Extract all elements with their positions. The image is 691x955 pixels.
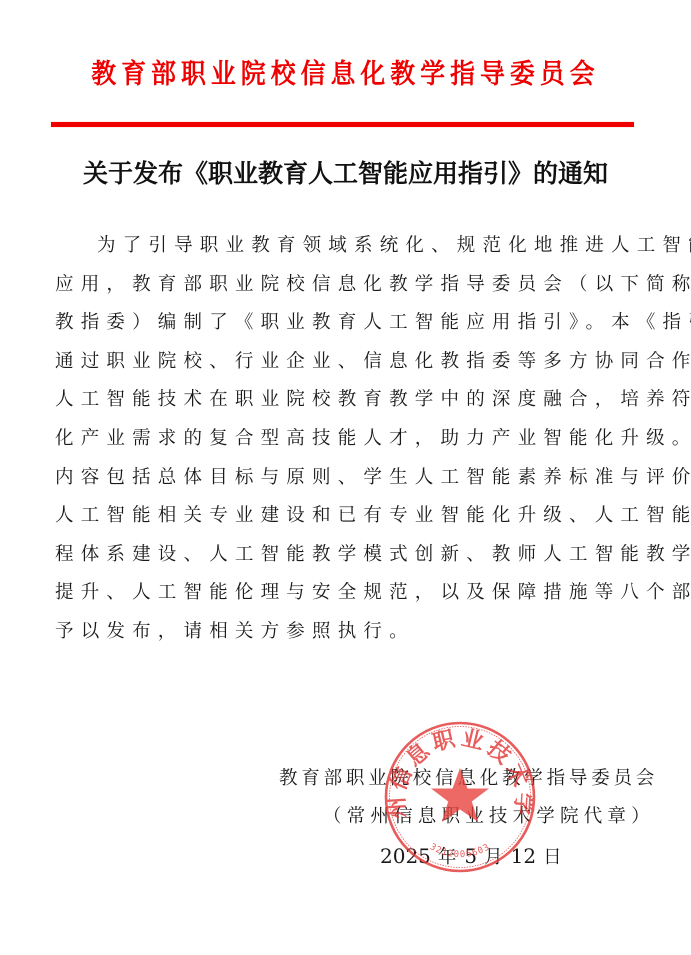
date-year: 2025 xyxy=(380,844,431,868)
signature-date: 2025年5月12日 xyxy=(380,844,570,870)
date-month-unit: 月 xyxy=(477,847,511,868)
document-page: 教育部职业院校信息化教学指导委员会 关于发布《职业教育人工智能应用指引》的通知 … xyxy=(0,0,691,955)
document-title: 关于发布《职业教育人工智能应用指引》的通知 xyxy=(0,157,691,191)
body-line: 予以发布，请相关方参照执行。 xyxy=(55,613,635,652)
date-month: 5 xyxy=(464,844,477,868)
date-day-unit: 日 xyxy=(536,847,570,868)
body-line: 提升、人工智能伦理与安全规范，以及保障措施等八个部分。现 xyxy=(55,574,635,613)
org-header: 教育部职业院校信息化教学指导委员会 xyxy=(28,58,664,92)
body-line: 通过职业院校、行业企业、信息化教指委等多方协同合作，推动 xyxy=(55,343,635,382)
signature-seal-note: （常州信息职业技术学院代章） xyxy=(323,805,655,829)
body-line: 应用，教育部职业院校信息化教学指导委员会（以下简称信息化 xyxy=(55,266,635,305)
body-line: 人工智能技术在职业院校教育教学中的深度融合，培养符合智能 xyxy=(55,381,635,420)
body-line: 人工智能相关专业建设和已有专业智能化升级、人工智能通识课 xyxy=(55,497,635,536)
body-line: 程体系建设、人工智能教学模式创新、教师人工智能教学胜任力 xyxy=(55,536,635,575)
date-year-unit: 年 xyxy=(431,847,465,868)
body-line: 教指委）编制了《职业教育人工智能应用指引》。本《指引》旨在 xyxy=(55,304,635,343)
signature-org: 教育部职业院校信息化教学指导委员会 xyxy=(279,767,658,791)
header-red-rule xyxy=(51,122,634,127)
body-line: 内容包括总体目标与原则、学生人工智能素养标准与评价体系、 xyxy=(55,459,635,498)
date-day: 12 xyxy=(511,844,536,868)
body-line: 化产业需求的复合型高技能人才，助力产业智能化升级。《指引》 xyxy=(55,420,635,459)
body-line: 为了引导职业教育领域系统化、规范化地推进人工智能深度 xyxy=(55,227,635,266)
body-paragraph: 为了引导职业教育领域系统化、规范化地推进人工智能深度 应用，教育部职业院校信息化… xyxy=(55,227,635,652)
